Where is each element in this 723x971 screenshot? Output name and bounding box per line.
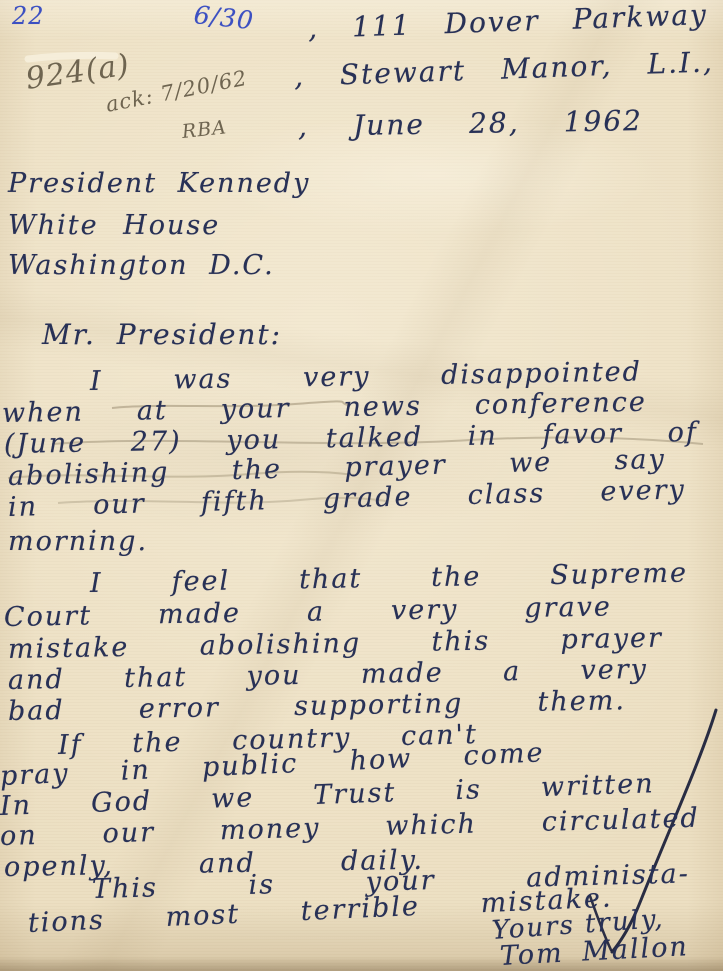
salutation: Mr. President: [42,318,282,352]
body-line: morning. [8,526,148,558]
file-number-note: 924(a) [24,48,132,97]
corner-mark: 22 [12,2,45,30]
recipient-line: Washington D.C. [8,250,275,282]
recipient-line: President Kennedy [8,168,310,200]
initials-note: RBA [181,116,228,143]
sender-address-line: , Stewart Manor, L.I., [293,45,714,93]
recipient-line: White House [8,210,220,242]
letter-page: 22 6/30 924(a) ack: 7/20/62 RBA , 111 Do… [0,0,723,971]
sender-address-line: , 111 Dover Parkway [307,0,708,46]
date-note: 6/30 [192,0,255,35]
sender-date-line: , June 28, 1962 [298,104,644,144]
